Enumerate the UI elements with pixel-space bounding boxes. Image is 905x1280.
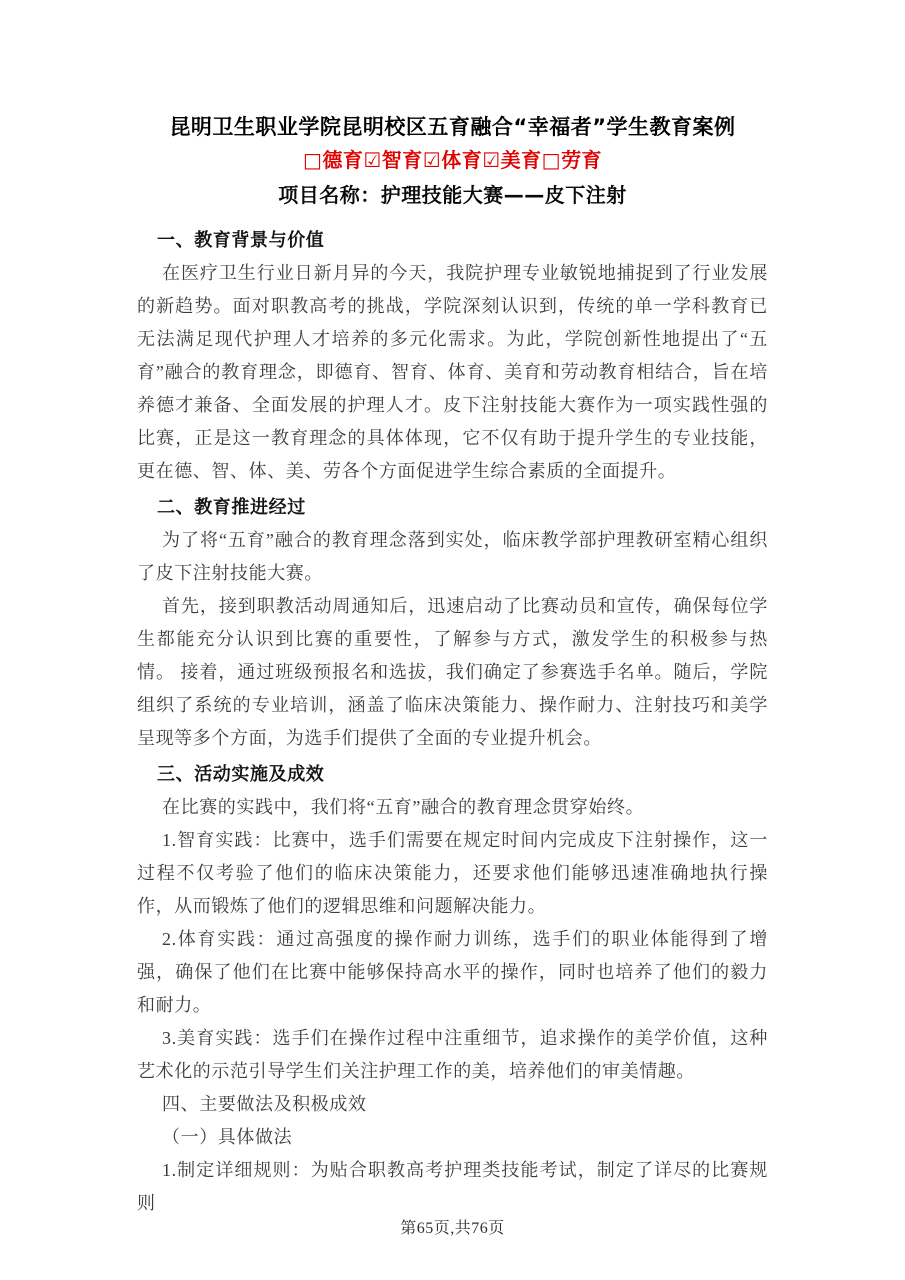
project-title: 项目名称：护理技能大赛——皮下注射 (137, 180, 768, 210)
paragraph: 首先，接到职教活动周通知后，迅速启动了比赛动员和宣传，确保每位学生都能充分认识到… (137, 590, 768, 755)
category-label: 智育 (382, 148, 423, 172)
paragraph: 3.美育实践：选手们在操作过程中注重细节，追求操作的美学价值，这种艺术化的示范引… (137, 1022, 768, 1088)
section-heading: 一、教育背景与价值 (137, 224, 768, 257)
checkbox-checked-icon: ☑ (482, 146, 500, 174)
paragraph: （一）具体做法 (137, 1121, 768, 1154)
section-heading: 二、教育推进经过 (137, 491, 768, 524)
paragraph: 在比赛的实践中，我们将“五育”融合的教育理念贯穿始终。 (137, 791, 768, 824)
paragraph: 1.制定详细规则：为贴合职教高考护理类技能考试，制定了详尽的比赛规则 (137, 1154, 768, 1220)
doc-body: 一、教育背景与价值在医疗卫生行业日新月异的今天，我院护理专业敏锐地捕捉到了行业发… (137, 224, 768, 1220)
page-number-footer: 第65页,共76页 (0, 1218, 905, 1240)
paragraph: 在医疗卫生行业日新月异的今天，我院护理专业敏锐地捕捉到了行业发展的新趋势。面对职… (137, 257, 768, 488)
category-item: ☑美育 (482, 148, 541, 172)
document-page: 昆明卫生职业学院昆明校区五育融合“幸福者”学生教育案例 □德育☑智育☑体育☑美育… (0, 0, 905, 1280)
paragraph: 2.体育实践：通过高强度的操作耐力训练，选手们的职业体能得到了增强，确保了他们在… (137, 923, 768, 1022)
category-line: □德育☑智育☑体育☑美育□劳育 (137, 146, 768, 174)
document-content: 昆明卫生职业学院昆明校区五育融合“幸福者”学生教育案例 □德育☑智育☑体育☑美育… (137, 112, 768, 1220)
category-label: 德育 (322, 148, 363, 172)
category-label: 美育 (501, 148, 542, 172)
category-item: ☑智育 (363, 148, 422, 172)
category-item: ☑体育 (423, 148, 482, 172)
paragraph: 为了将“五育”融合的教育理念落到实处，临床教学部护理教研室精心组织了皮下注射技能… (137, 524, 768, 590)
checkbox-checked-icon: ☑ (423, 146, 441, 174)
section-heading: 三、活动实施及成效 (137, 758, 768, 791)
category-label: 劳育 (561, 148, 602, 172)
category-item: □劳育 (542, 148, 602, 172)
checkbox-unchecked-icon: □ (303, 146, 322, 174)
document-title: 昆明卫生职业学院昆明校区五育融合“幸福者”学生教育案例 (137, 112, 768, 142)
category-label: 体育 (441, 148, 482, 172)
paragraph: 四、主要做法及积极成效 (137, 1088, 768, 1121)
category-item: □德育 (303, 148, 363, 172)
checkbox-checked-icon: ☑ (363, 146, 381, 174)
paragraph: 1.智育实践：比赛中，选手们需要在规定时间内完成皮下注射操作，这一过程不仅考验了… (137, 824, 768, 923)
checkbox-unchecked-icon: □ (542, 146, 561, 174)
